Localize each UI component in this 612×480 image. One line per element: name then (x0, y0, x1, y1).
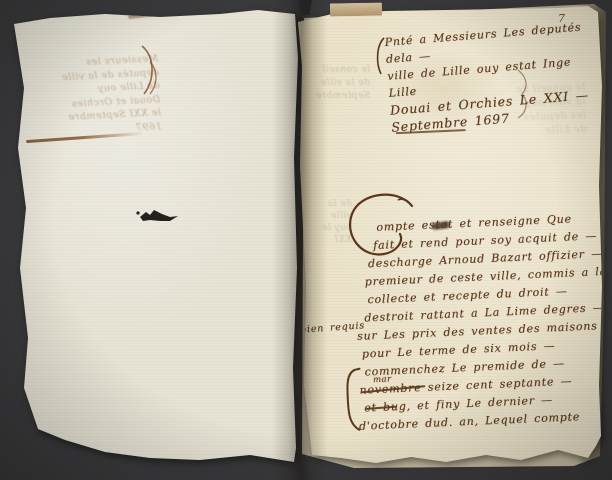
top-edge-smudge (128, 10, 168, 19)
diagonal-ink-stroke (26, 132, 144, 143)
book-block-fore-edge (294, 4, 608, 472)
bleedthrough-line: de Lille ouy (9, 79, 160, 100)
black-ink-blot (136, 208, 180, 226)
bleedthrough-line: le XXI Septembre (11, 106, 162, 127)
bleedthrough-line: Messieurs les (8, 52, 159, 73)
left-page: Messieurs les deputés de la ville de Lil… (10, 8, 300, 470)
bleedthrough-line: 1697 (12, 120, 163, 141)
bleedthrough-line: deputés de la ville (9, 66, 160, 87)
repair-tape-fragment (330, 3, 382, 17)
curved-ink-mark (128, 44, 164, 102)
bleedthrough-line: Douai et Orchies (10, 93, 161, 114)
gutter-shadow (272, 0, 328, 480)
left-page-bleedthrough-text: Messieurs les deputés de la ville de Lil… (8, 52, 162, 141)
manuscript-scan: Messieurs les deputés de la ville de Lil… (0, 0, 612, 480)
